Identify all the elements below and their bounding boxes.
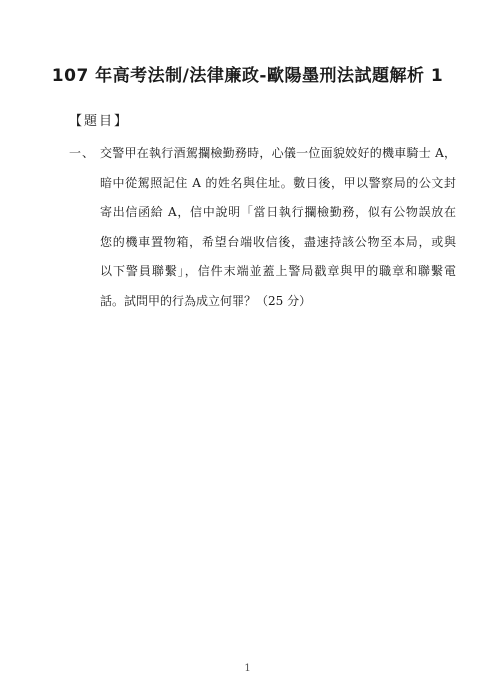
- question-text-line: 寄出信函給 A，信中說明「當日執行攔檢勤務，似有公物誤放在: [100, 198, 456, 228]
- page-number: 1: [0, 663, 495, 674]
- question-block: 一、 交警甲在執行酒駕攔檢勤務時，心儀一位面貌姣好的機車騎士 A， 暗中從駕照記…: [69, 139, 457, 316]
- question-text-line: 交警甲在執行酒駕攔檢勤務時，心儀一位面貌姣好的機車騎士 A，: [100, 139, 456, 169]
- question-text-line: 您的機車置物箱，希望台端收信後，盡速持該公物至本局，或與: [100, 228, 456, 258]
- document-page: 107 年高考法制/法律廉政-歐陽墨刑法試題解析 1 【題目】 一、 交警甲在執…: [0, 0, 495, 700]
- question-text-line: 暗中從駕照記住 A 的姓名與住址。數日後，甲以警察局的公文封: [100, 169, 456, 199]
- question-number: 一、: [69, 139, 100, 169]
- section-label: 【題目】: [69, 110, 129, 129]
- question-text-line: 以下警員聯繫」，信件末端並蓋上警局戳章與甲的職章和聯繫電: [100, 257, 456, 287]
- page-title: 107 年高考法制/法律廉政-歐陽墨刑法試題解析 1: [0, 61, 495, 86]
- question-row: 一、 交警甲在執行酒駕攔檢勤務時，心儀一位面貌姣好的機車騎士 A， 暗中從駕照記…: [69, 139, 457, 316]
- question-text: 交警甲在執行酒駕攔檢勤務時，心儀一位面貌姣好的機車騎士 A， 暗中從駕照記住 A…: [100, 139, 456, 316]
- question-text-line: 話。試問甲的行為成立何罪？（25 分）: [100, 287, 456, 317]
